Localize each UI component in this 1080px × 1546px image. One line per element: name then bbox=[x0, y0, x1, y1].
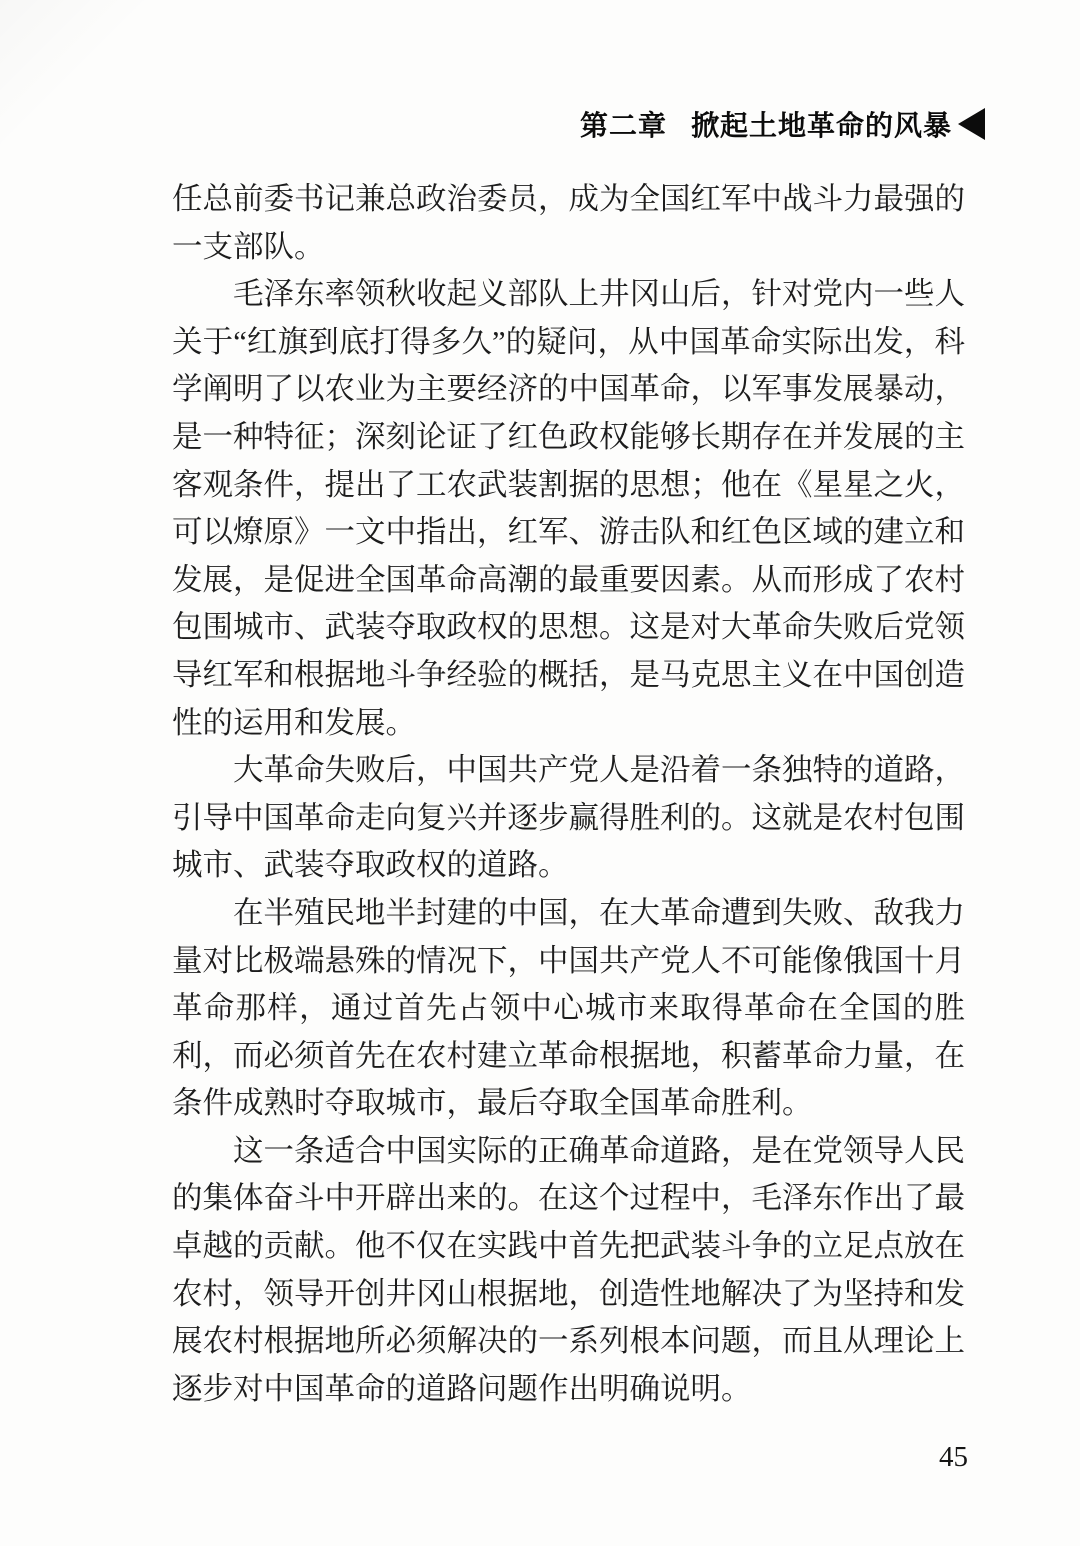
left-triangle-icon bbox=[958, 108, 985, 140]
body-text-column: 任总前委书记兼总政治委员，成为全国红军中战斗力最强的一支部队。 毛泽东率领秋收起… bbox=[172, 176, 965, 1413]
body-paragraph: 毛泽东率领秋收起义部队上井冈山后，针对党内一些人关于“红旗到底打得多久”的疑问，… bbox=[172, 271, 965, 747]
body-paragraph: 任总前委书记兼总政治委员，成为全国红军中战斗力最强的一支部队。 bbox=[172, 176, 965, 271]
page-number: 45 bbox=[939, 1441, 968, 1473]
body-paragraph: 大革命失败后，中国共产党人是沿着一条独特的道路，引导中国革命走向复兴并逐步赢得胜… bbox=[172, 747, 965, 890]
chapter-title: 掀起土地革命的风暴 bbox=[691, 104, 952, 144]
body-paragraph: 这一条适合中国实际的正确革命道路，是在党领导人民的集体奋斗中开辟出来的。在这个过… bbox=[172, 1128, 965, 1414]
body-paragraph: 在半殖民地半封建的中国，在大革命遭到失败、敌我力量对比极端悬殊的情况下，中国共产… bbox=[172, 890, 965, 1128]
book-page: 第二章 掀起土地革命的风暴 任总前委书记兼总政治委员，成为全国红军中战斗力最强的… bbox=[0, 0, 1080, 1546]
page-footer: 45 bbox=[939, 1441, 968, 1474]
chapter-number: 第二章 bbox=[580, 104, 667, 144]
running-header: 第二章 掀起土地革命的风暴 bbox=[580, 104, 985, 144]
